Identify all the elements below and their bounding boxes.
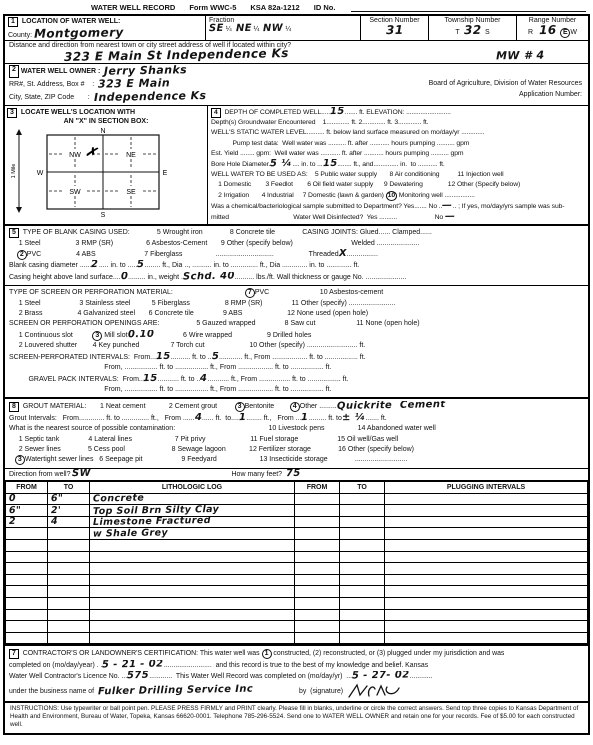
form-label: Mill slot — [102, 332, 127, 339]
form-line: Pump test data: Well water was .........… — [211, 139, 585, 149]
compass-east-label: E — [163, 170, 168, 177]
form-label: From, ................. ft. to .........… — [9, 364, 331, 371]
form-label: 2 Brass 4 Galvanized steel 6 Concrete ti… — [9, 310, 368, 317]
township-value: 32 — [463, 24, 481, 36]
form-line: Was a chemical/bacteriological sample su… — [211, 201, 585, 212]
casing-weight-value: Schd. 40 — [183, 272, 235, 282]
compass-north-label: N — [100, 128, 105, 135]
form-line: SCREEN OR PERFORATION OPENINGS ARE: 5 Ga… — [9, 319, 584, 329]
how-many-feet-value: 75 — [286, 469, 301, 479]
litho-from-cell — [6, 528, 48, 540]
threaded-mark: X — [339, 249, 347, 259]
plug-intervals-header: PLUGGING INTERVALS — [385, 481, 588, 493]
form-label: Grout Intervals: From............. ft. t… — [9, 415, 195, 422]
litho-log-cell — [90, 609, 295, 621]
county-label: County: — [8, 32, 32, 39]
water-well-record-form: WATER WELL RECORD Form WWC-5 KSA 82a-121… — [0, 0, 593, 745]
section-number-value: 31 — [386, 24, 404, 36]
litho-to-cell: 6" — [48, 493, 90, 505]
litho-log-cell — [90, 621, 295, 633]
form-line: 1 Steel 3 Stainless steel 5 Fiberglass 8… — [9, 299, 584, 309]
form-label: TYPE OF BLANK CASING USED: 5 Wrought iro… — [21, 229, 432, 236]
form-label: under the business name of — [9, 688, 98, 695]
compass-south-label: S — [101, 212, 106, 219]
litho-table-row: 6"2'Top Soil Brn Silty Clay — [6, 505, 588, 517]
plug-from-cell — [295, 598, 340, 610]
form-label: ........... ft., From ................ f… — [208, 376, 349, 383]
form-line: SCREEN-PERFORATED INTERVALS: From...15..… — [9, 352, 584, 363]
form-line: Grout Intervals: From............. ft. t… — [9, 413, 584, 424]
litho-to-cell — [48, 574, 90, 586]
range-east-choice: E — [560, 28, 570, 38]
id-blank-line — [351, 3, 586, 12]
litho-table-row — [6, 621, 588, 633]
form-label: Pump test data: Well water was .........… — [211, 140, 469, 147]
plug-to-cell — [340, 598, 385, 610]
litho-table-row — [6, 632, 588, 644]
quarter-glyph: ¼ — [254, 26, 260, 33]
litho-from-cell: 2 — [6, 516, 48, 528]
plug-from-cell — [295, 563, 340, 575]
plug-to-cell — [340, 516, 385, 528]
mile-label: 1 Mile — [11, 164, 17, 179]
litho-log-cell — [90, 574, 295, 586]
grout-other-choice: 4 — [290, 402, 300, 412]
form-label: 1 Septic tank 4 Lateral lines 7 Pit priv… — [9, 436, 398, 443]
litho-log-cell — [90, 563, 295, 575]
form-label: .... in. to ... — [292, 161, 322, 168]
locator-title-2: AN "X" IN SECTION BOX: — [64, 118, 149, 125]
township-t: T — [455, 29, 459, 36]
section-5-casing: 5 TYPE OF BLANK CASING USED: 5 Wrought i… — [5, 224, 588, 285]
casing-pvc-choice: 2 — [17, 250, 27, 260]
form-line: Bore Hole Diameter.5 ¼.... in. to ...15.… — [211, 159, 585, 170]
range-r: R — [528, 29, 533, 36]
casing-height-value: 0 — [121, 272, 129, 282]
plug-from-cell — [295, 574, 340, 586]
plug-interval-cell — [385, 621, 588, 633]
litho-table-row — [6, 598, 588, 610]
plug-from-cell — [295, 632, 340, 644]
fraction-1-value: SE — [209, 24, 224, 34]
form-label: Monitoring well ................. — [397, 192, 475, 199]
form-label: 1 Steel 3 Stainless steel 5 Fiberglass 8… — [9, 300, 395, 307]
plug-from-cell — [295, 551, 340, 563]
litho-log-cell — [90, 632, 295, 644]
litho-table-row — [6, 609, 588, 621]
form-label: WELL WATER TO BE USED AS: 5 Public water… — [211, 171, 504, 178]
plug-to-cell — [340, 609, 385, 621]
litho-to-cell-value: 2' — [51, 506, 61, 516]
litho-log-header: LITHOLOGIC LOG — [90, 481, 295, 493]
form-line: What is the nearest source of possible c… — [9, 424, 584, 434]
litho-log-cell-value: Limestone Fractured — [93, 516, 211, 528]
form-line: 1 Septic tank 4 Lateral lines 7 Pit priv… — [9, 435, 584, 445]
plug-interval-cell — [385, 609, 588, 621]
bore-hole-diameter-value: 5 ¼ — [270, 159, 292, 169]
plug-to-cell — [340, 586, 385, 598]
grout-from-3: 1 — [301, 413, 309, 423]
bore-hole-depth-value: 15 — [322, 159, 337, 169]
section-7-certification: 7 CONTRACTOR'S OR LANDOWNER'S CERTIFICAT… — [5, 644, 588, 701]
plug-from-cell — [295, 493, 340, 505]
form-label: PVC 4 ABS 7 Fiberglass .................… — [27, 251, 339, 258]
plug-to-cell — [340, 632, 385, 644]
locate-depth-row: 3 LOCATE WELL'S LOCATION WITH AN "X" IN … — [5, 105, 588, 224]
slot-size-value: 0.10 — [127, 330, 153, 340]
quarter-glyph: ¼ — [226, 26, 232, 33]
litho-log-cell: Limestone Fractured — [90, 516, 295, 528]
litho-table-row — [6, 563, 588, 575]
quadrant-sw-label: SW — [69, 189, 81, 196]
distance-value: 323 E Main St Independence Ks — [64, 47, 289, 63]
form-line: 2 Louvered shutter 4 Key punched 7 Torch… — [9, 341, 584, 351]
sample-no-mark: — — [442, 201, 453, 211]
form-line: 1 Domestic 3 Feedlot 6 Oil field water s… — [211, 180, 585, 190]
section-4-number: 4 — [211, 108, 221, 118]
form-line: 2PVC 4 ABS 7 Fiberglass ................… — [9, 249, 584, 260]
compass-west-label: W — [37, 170, 44, 177]
section-6-screen: TYPE OF SCREEN OR PERFORATION MATERIAL: … — [5, 285, 588, 397]
litho-to-cell — [48, 632, 90, 644]
grout-from-2: 4 — [194, 413, 202, 423]
plug-from-cell — [295, 528, 340, 540]
form-line: WELL'S STATIC WATER LEVEL.......... ft. … — [211, 128, 585, 138]
form-line: under the business name of Fulker Drilli… — [9, 683, 584, 699]
screen-pvc-choice: 7 — [245, 288, 255, 298]
form-label: 1 Continuous slot — [9, 332, 92, 339]
county-value: Montgomery — [34, 26, 124, 40]
litho-log-cell-value: w Shale Grey — [93, 528, 168, 539]
form-label: .......... ft. to .. — [171, 354, 212, 361]
litho-from-header: FROM — [6, 481, 48, 493]
plug-from-header: FROM — [295, 481, 340, 493]
plug-from-cell — [295, 516, 340, 528]
location-row: 1 LOCATION OF WATER WELL: County: Montgo… — [5, 16, 588, 40]
section-locator: 3 LOCATE WELL'S LOCATION WITH AN "X" IN … — [5, 106, 207, 224]
owner-city-value: Independence Ks — [93, 90, 206, 105]
grout-to-2: 1 — [239, 413, 247, 423]
form-label: .......... lbs./ft. Wall thickness or ga… — [235, 274, 407, 281]
litho-log-cell: w Shale Grey — [90, 528, 295, 540]
constructed-choice: 1 — [262, 649, 272, 659]
form-label: ......... in., weight . — [128, 274, 183, 281]
plug-from-cell — [295, 586, 340, 598]
owner-row: 2 WATER WELL OWNER : Jerry Shanks RR#, S… — [5, 63, 588, 105]
form-line: Direction from well? SW How many feet? 7… — [9, 469, 584, 480]
mill-slot-choice: 3 — [92, 331, 102, 341]
section-4-depth: 4 DEPTH OF COMPLETED WELL.....15....... … — [207, 106, 588, 224]
form-label — [9, 251, 17, 258]
litho-to-cell-value: 4 — [51, 517, 58, 527]
gravel-interval-to: 4 — [200, 374, 208, 384]
form-label: ........... ft. to .. — [158, 376, 201, 383]
plug-to-cell — [340, 563, 385, 575]
form-label: Water Well Contractor's Licence No. ... — [9, 673, 127, 680]
form-line: Casing height above land surface....0...… — [9, 272, 584, 283]
form-line: From, ................. ft. to .........… — [9, 385, 584, 395]
form-label: 2 Sewer lines 5 Cess pool 8 Sewage lagoo… — [9, 446, 414, 453]
litho-to-cell — [48, 528, 90, 540]
litho-log-cell: Top Soil Brn Silty Clay — [90, 505, 295, 517]
form-label: Bore Hole Diameter. — [211, 161, 270, 168]
litho-to-cell — [48, 551, 90, 563]
plug-to-cell — [340, 540, 385, 552]
litho-log-cell: Concrete — [90, 493, 295, 505]
form-body: 1 LOCATION OF WATER WELL: County: Montgo… — [3, 14, 590, 735]
section-7-number: 7 — [9, 649, 19, 659]
form-label: PVC 10 Asbestos-cement — [255, 289, 383, 296]
litho-from-cell: 6" — [6, 505, 48, 517]
plug-from-cell — [295, 609, 340, 621]
plug-interval-cell — [385, 598, 588, 610]
form-line: completed on (mo/day/year) . .5 - 21 - 0… — [9, 660, 584, 672]
township-s: S — [485, 29, 490, 36]
form-line: 1 Steel 3 RMP (SR) 6 Asbestos-Cement 9 O… — [9, 239, 584, 249]
form-label: GRAVEL PACK INTERVALS: From.. — [9, 376, 143, 383]
form-line: Water Well Contractor's Licence No. ...5… — [9, 671, 584, 683]
well-x-mark: ✗ — [84, 143, 99, 160]
form-label: Est. Yield ........ gpm: Well water was … — [211, 150, 463, 157]
litho-table-row — [6, 574, 588, 586]
litho-log-cell — [90, 586, 295, 598]
section-3-number: 3 — [7, 108, 17, 118]
form-label: ............ — [410, 673, 433, 680]
section-5-number: 5 — [9, 228, 19, 238]
litho-log-cell — [90, 540, 295, 552]
form-line: 4 DEPTH OF COMPLETED WELL.....15....... … — [211, 107, 585, 118]
form-label: ....... ft. ELEVATION: .................… — [345, 109, 451, 116]
litho-log-cell — [90, 551, 295, 563]
litho-from-cell: 0 — [6, 493, 48, 505]
plug-interval-cell — [385, 516, 588, 528]
watertight-sewer-choice: 3 — [15, 455, 25, 465]
form-label: 6 Wire wrapped 9 Drilled holes — [154, 332, 312, 339]
form-label: by (signature) — [253, 688, 347, 695]
instructions-text: INSTRUCTIONS: Use typewriter or ball poi… — [10, 705, 578, 728]
litho-from-cell — [6, 598, 48, 610]
plug-from-cell — [295, 540, 340, 552]
litho-table-row — [6, 551, 588, 563]
plug-to-header: TO — [340, 481, 385, 493]
form-label: Casing height above land surface.... — [9, 274, 121, 281]
form-label: ......................... and this recor… — [164, 662, 428, 669]
well-name-value: MW # 4 — [495, 50, 544, 62]
owner-title: WATER WELL OWNER : — [21, 65, 100, 78]
litho-to-cell — [48, 563, 90, 575]
litho-table-row: 06"Concrete — [6, 493, 588, 505]
location-cell: 1 LOCATION OF WATER WELL: County: Montgo… — [5, 16, 205, 40]
form-label: ..... in. to ..... — [99, 262, 138, 269]
litho-from-cell-value: 2 — [9, 517, 16, 527]
owner-address-label: RR#, St. Address, Box # : — [9, 78, 94, 91]
litho-to-cell — [48, 609, 90, 621]
form-label: TYPE OF SCREEN OR PERFORATION MATERIAL: — [9, 289, 245, 296]
form-label: WELL'S STATIC WATER LEVEL.......... ft. … — [211, 129, 484, 136]
grout-other-value: Quickrite Cement — [337, 401, 446, 412]
monitoring-well-choice: 10 — [386, 191, 397, 201]
business-name-value: Fulker Drilling Service Inc — [98, 684, 253, 697]
signature-scribble — [347, 683, 401, 699]
form-label: From, ................. ft. to .........… — [9, 386, 331, 393]
litho-from-cell — [6, 621, 48, 633]
litho-to-cell-value: 6" — [51, 494, 64, 504]
form-line: 5 TYPE OF BLANK CASING USED: 5 Wrought i… — [9, 228, 584, 238]
litho-to-cell: 4 — [48, 516, 90, 528]
plug-interval-cell — [385, 563, 588, 575]
form-line: Depth(s) Groundwater Encountered 1......… — [211, 118, 585, 128]
form-number: Form WWC-5 — [189, 3, 236, 12]
form-line: 2 Brass 4 Galvanized steel 6 Concrete ti… — [9, 309, 584, 319]
section-2-number: 2 — [9, 65, 19, 78]
litho-from-cell — [6, 632, 48, 644]
owner-city-label: City, State, ZIP Code : — [9, 91, 90, 104]
plug-to-cell — [340, 574, 385, 586]
form-label: Blank casing diameter ...... — [9, 262, 91, 269]
quadrant-nw-label: NW — [69, 152, 81, 159]
depth-completed-value: 15 — [330, 107, 345, 117]
plug-interval-cell — [385, 540, 588, 552]
record-date-value: 5 - 27- 02 — [352, 671, 410, 682]
litho-from-cell — [6, 540, 48, 552]
range-cell: Range Number R 16 EW — [516, 16, 588, 40]
form-label: ............ ft., From .................… — [219, 354, 366, 361]
litho-log-cell-value: Concrete — [93, 494, 144, 504]
direction-from-well-value: SW — [72, 469, 91, 479]
form-label: 2 Irrigation 4 Industrial 7 Domestic (la… — [211, 192, 386, 199]
plug-to-cell — [340, 551, 385, 563]
litho-table-row — [6, 586, 588, 598]
fraction-cell: Fraction SE ¼ NE ¼ NW ¼ — [205, 16, 360, 40]
form-line: From, ................. ft. to .........… — [9, 363, 584, 373]
plug-interval-cell — [385, 493, 588, 505]
form-line: 2 Sewer lines 5 Cess pool 8 Sewage lagoo… — [9, 445, 584, 455]
fraction-3-value: NW — [263, 24, 283, 34]
disinfected-no-mark: — — [445, 212, 456, 222]
form-label: GROUT MATERIAL: 1 Neat cement 2 Cement g… — [21, 403, 235, 410]
screen-interval-to: 5 — [212, 352, 220, 362]
form-label: 1 Domestic 3 Feedlot 6 Oil field water s… — [211, 181, 520, 188]
fraction-2-value: NE — [235, 24, 251, 34]
location-title: LOCATION OF WATER WELL: — [22, 18, 121, 25]
form-label: DEPTH OF COMPLETED WELL..... — [223, 109, 330, 116]
section-8-grout: 8 GROUT MATERIAL: 1 Neat cement 2 Cement… — [5, 397, 588, 467]
form-line: GRAVEL PACK INTERVALS: From..15.........… — [9, 374, 584, 385]
range-w: W — [570, 29, 577, 36]
plug-to-cell — [340, 493, 385, 505]
form-label: Watertight sewer lines 6 Seepage pit 9 F… — [25, 456, 408, 463]
board-label: Board of Agriculture, Division of Water … — [335, 78, 582, 89]
litho-from-cell-value: 6" — [9, 506, 22, 516]
plug-from-cell — [295, 505, 340, 517]
form-line: Est. Yield ........ gpm: Well water was … — [211, 149, 585, 159]
litho-to-cell — [48, 621, 90, 633]
litho-from-cell — [6, 586, 48, 598]
litho-to-cell — [48, 540, 90, 552]
plug-interval-cell — [385, 528, 588, 540]
form-line: 2 Irrigation 4 Industrial 7 Domestic (la… — [211, 191, 585, 201]
range-value: 16 — [539, 24, 557, 36]
instructions-block: INSTRUCTIONS: Use typewriter or ball poi… — [5, 701, 588, 733]
form-line: 1 Continuous slot 3 Mill slot0.10 6 Wire… — [9, 330, 584, 341]
litho-from-cell — [6, 563, 48, 575]
quadrant-se-label: SE — [126, 189, 136, 196]
form-label: ................ — [347, 251, 378, 258]
form-label: ........ ft., Dia .., .......... in. to … — [145, 262, 360, 269]
section-number-cell: Section Number 31 — [360, 16, 428, 40]
form-label: Direction from well? — [9, 471, 72, 478]
form-label: SCREEN-PERFORATED INTERVALS: From... — [9, 354, 156, 361]
statute-reference: KSA 82a-1212 — [250, 3, 299, 12]
litho-to-cell: 2' — [48, 505, 90, 517]
casing-depth-value: 5 — [137, 260, 145, 270]
form-label: Bentonite — [245, 403, 290, 410]
id-label: ID No. — [314, 3, 336, 12]
form-label: ....... ft. — [365, 415, 386, 422]
township-cell: Township Number T 32 S — [428, 16, 516, 40]
plug-to-cell — [340, 621, 385, 633]
form-label: constructed, (2) reconstructed, or (3) p… — [272, 650, 505, 657]
bentonite-choice: 3 — [235, 402, 245, 412]
owner-block: 2 WATER WELL OWNER : Jerry Shanks RR#, S… — [5, 64, 335, 105]
casing-diameter-value: 2 — [91, 260, 99, 270]
litho-from-cell-value: 0 — [9, 494, 16, 504]
form-label: CONTRACTOR'S OR LANDOWNER'S CERTIFICATIO… — [21, 650, 262, 657]
form-label: completed on (mo/day/year) . . — [9, 662, 102, 669]
form-label: How many feet? — [91, 471, 286, 478]
form-label: Other ......... — [300, 403, 337, 410]
plug-to-cell — [340, 505, 385, 517]
locator-title-1: LOCATE WELL'S LOCATION WITH — [21, 109, 135, 116]
quarter-glyph: ¼ — [285, 26, 291, 33]
form-line: TYPE OF SCREEN OR PERFORATION MATERIAL: … — [9, 288, 584, 298]
form-label: Was a chemical/bacteriological sample su… — [211, 203, 442, 210]
plug-interval-cell — [385, 586, 588, 598]
plug-to-cell — [340, 528, 385, 540]
form-line: WELL WATER TO BE USED AS: 5 Public water… — [211, 170, 585, 180]
litho-to-header: TO — [48, 481, 90, 493]
lithologic-log-table: FROM TO LITHOLOGIC LOG FROM TO PLUGGING … — [5, 480, 588, 644]
form-label: ............ This Water Well Record was … — [149, 673, 352, 680]
distance-label: Distance and direction from nearest town… — [9, 42, 584, 49]
section-8-number: 8 — [9, 402, 19, 412]
screen-interval-from: 15 — [156, 352, 171, 362]
form-label: SCREEN OR PERFORATION OPENINGS ARE: 5 Ga… — [9, 320, 420, 327]
agency-block: Board of Agriculture, Division of Water … — [335, 64, 588, 105]
form-header: WATER WELL RECORD Form WWC-5 KSA 82a-121… — [3, 2, 590, 14]
litho-table-row: w Shale Grey — [6, 528, 588, 540]
form-label: ...... ft. to.... — [202, 415, 239, 422]
plug-interval-cell — [385, 505, 588, 517]
litho-from-cell — [6, 574, 48, 586]
litho-header-row: FROM TO LITHOLOGIC LOG FROM TO PLUGGING … — [6, 481, 588, 493]
form-label: mitted Water Well Disinfected? Yes .....… — [211, 214, 445, 221]
litho-table-row: 24Limestone Fractured — [6, 516, 588, 528]
plug-interval-cell — [385, 632, 588, 644]
form-line: mitted Water Well Disinfected? Yes .....… — [211, 212, 585, 223]
litho-from-cell — [6, 609, 48, 621]
form-line: 3Watertight sewer lines 6 Seepage pit 9 … — [9, 455, 584, 465]
litho-table-row — [6, 540, 588, 552]
form-label: ........ ft., and.............. in. to .… — [337, 161, 444, 168]
quadrant-ne-label: NE — [126, 152, 136, 159]
form-label: .. ; If yes, mo/day/yrs sample was sub- — [453, 203, 565, 210]
form-label: 1 Steel 3 RMP (SR) 6 Asbestos-Cement 9 O… — [9, 240, 420, 247]
litho-to-cell — [48, 586, 90, 598]
distance-row: Distance and direction from nearest town… — [5, 40, 588, 63]
form-title: WATER WELL RECORD — [91, 3, 175, 12]
grout-to-3: ± ¼ — [342, 413, 366, 423]
